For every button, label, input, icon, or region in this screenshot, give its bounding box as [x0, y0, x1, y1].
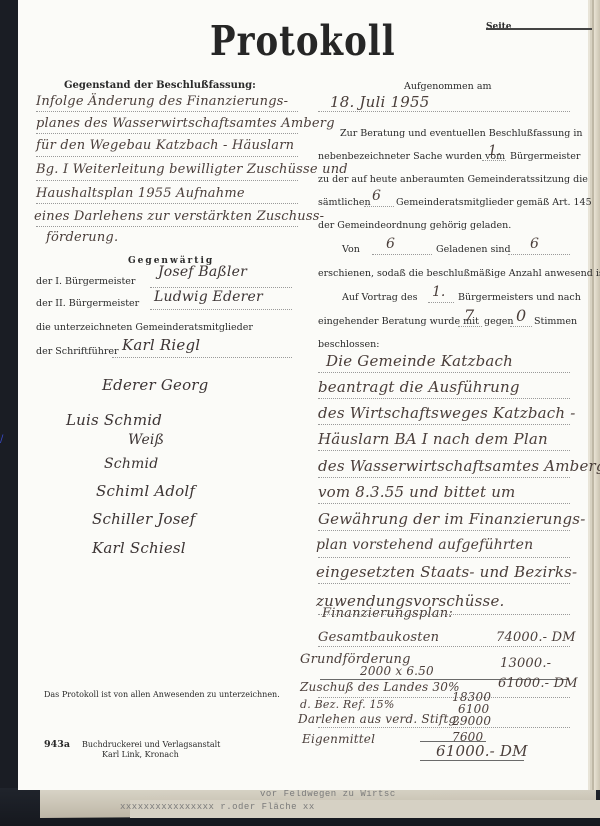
- dotted-rule: [112, 357, 292, 358]
- resolution-line: vom 8.3.55 und bittet um: [318, 483, 515, 501]
- mayor1-label: der I. Bürgermeister: [36, 276, 135, 287]
- vote-label-c: Stimmen: [534, 316, 577, 327]
- page-label: Seite: [486, 22, 512, 32]
- para1-line2-b: Bürgermeister: [510, 151, 580, 162]
- para1-line3: zu der auf heute anberaumten Gemeinderat…: [318, 174, 588, 185]
- quorum-line: erschienen, sodaß die beschlußmäßige Anz…: [318, 268, 600, 279]
- finance-final-total: 61000.- DM: [436, 742, 528, 760]
- dotted-rule: [36, 180, 298, 181]
- mayor2-label: der II. Bürgermeister: [36, 298, 139, 309]
- report-label-b: Bürgermeisters und nach: [458, 292, 581, 303]
- para1-line2-a: nebenbezeichneter Sache wurden vom: [318, 151, 505, 162]
- secretary-label: der Schriftführer: [36, 346, 119, 357]
- invited-label-b: Geladenen sind: [436, 244, 511, 255]
- para1-line4-a: sämtlichen: [318, 197, 371, 208]
- printer-location: Karl Link, Kronach: [102, 750, 179, 759]
- council-signature: Schiml Adolf: [96, 482, 195, 500]
- dotted-rule: [510, 326, 532, 327]
- finance-loan-label: Darlehen aus verd. Stiftg.: [298, 712, 460, 726]
- dotted-rule: [318, 477, 570, 478]
- dotted-rule: [428, 302, 454, 303]
- invited-count: 6: [386, 236, 395, 252]
- dotted-rule: [318, 111, 570, 112]
- finance-heading: Finanzierungsplan:: [322, 606, 453, 621]
- recorded-label: Aufgenommen am: [404, 81, 492, 92]
- finance-total-label: Gesamtbaukosten: [318, 630, 439, 645]
- council-signature: Luis Schmid: [66, 411, 162, 429]
- council-label: die unterzeichneten Gemeinderatsmitglied…: [36, 322, 253, 333]
- resolution-line: Gewährung der im Finanzierungs-: [318, 510, 585, 528]
- council-signature: Ederer Georg: [102, 376, 208, 394]
- present-count: 6: [530, 236, 539, 252]
- para1-line5: der Gemeindeordnung gehörig geladen.: [318, 220, 511, 231]
- dotted-rule: [372, 254, 432, 255]
- finance-subtotal: 61000.- DM: [498, 676, 578, 691]
- underlying-typed-line-1: vor Feldwegen zu Wirtsc: [260, 789, 396, 799]
- dotted-rule: [318, 372, 570, 373]
- form-number: 943a: [44, 739, 70, 750]
- resolution-line: plan vorstehend aufgeführten: [316, 537, 533, 553]
- finance-total-value: 74000.- DM: [496, 630, 576, 645]
- underlying-typed-line-2: xxxxxxxxxxxxxxxx r.oder Fläche xx: [120, 802, 315, 812]
- dotted-rule: [318, 503, 570, 504]
- page-edge-stack: [588, 0, 600, 790]
- total-underline: [420, 760, 524, 761]
- dotted-rule: [482, 160, 506, 161]
- subject-line: Bg. I Weiterleitung bewilligter Zuschüss…: [36, 162, 348, 177]
- members-count: 6: [372, 188, 381, 204]
- finance-grant-value: 13000.-: [500, 656, 551, 671]
- page-number-field: Seite: [486, 14, 592, 32]
- dotted-rule: [508, 254, 570, 255]
- subject-line: förderung.: [46, 230, 118, 245]
- council-signature: Schmid: [104, 456, 158, 472]
- dotted-rule: [36, 226, 298, 227]
- dotted-rule: [318, 424, 570, 425]
- finance-state-label: Zuschuß des Landes 30%: [300, 680, 460, 694]
- invited-label-a: Von: [342, 244, 360, 255]
- resolution-line: Die Gemeinde Katzbach: [326, 352, 513, 370]
- blue-ink-mark: /: [0, 434, 4, 456]
- dotted-rule: [318, 583, 570, 584]
- resolution-line: beantragt die Ausführung: [318, 378, 520, 396]
- finance-own-label: Eigenmittel: [302, 732, 375, 746]
- dotted-rule: [150, 287, 292, 288]
- dotted-rule: [364, 206, 394, 207]
- subject-line: Haushaltsplan 1955 Aufnahme: [36, 186, 245, 201]
- votes-for: 7: [464, 306, 474, 325]
- finance-district-label: d. Bez. Ref. 15%: [300, 698, 395, 711]
- mayor2-signature: Ludwig Ederer: [154, 289, 263, 305]
- dotted-rule: [36, 203, 298, 204]
- votes-against: 0: [516, 306, 526, 325]
- report-label-a: Auf Vortrag des: [342, 292, 417, 303]
- council-signature: Schiller Josef: [92, 510, 196, 528]
- subject-line: planes des Wasserwirtschaftsamtes Amberg: [36, 116, 335, 131]
- dotted-rule: [318, 450, 570, 451]
- resolution-line: eingesetzten Staats- und Bezirks-: [316, 563, 577, 581]
- dotted-rule: [318, 398, 570, 399]
- subject-line: eines Darlehens zur verstärkten Zuschuss…: [34, 209, 324, 224]
- dotted-rule: [318, 727, 570, 728]
- dotted-rule: [318, 557, 570, 558]
- subject-line: Infolge Änderung des Finanzierungs-: [36, 94, 288, 109]
- para1-line4-b: Gemeinderatsmitglieder gemäß Art. 145: [396, 197, 592, 208]
- reporting-mayor-number: 1.: [432, 284, 445, 300]
- resolution-line: des Wirtschaftsweges Katzbach -: [318, 404, 575, 422]
- resolution-line: des Wasserwirtschaftsamtes Amberg: [318, 457, 600, 475]
- footer-instruction: Das Protokoll ist von allen Anwesenden z…: [44, 690, 280, 699]
- council-signature: Karl Schiesl: [92, 539, 186, 557]
- finance-loan-value: 29000: [452, 714, 491, 728]
- resolution-line: Häuslarn BA I nach dem Plan: [318, 430, 548, 448]
- convening-mayor-number: 1.: [488, 143, 501, 159]
- finance-grant-calc: 2000 x 6.50: [360, 664, 434, 678]
- recorded-date: 18. Juli 1955: [330, 93, 429, 111]
- dotted-rule: [458, 326, 482, 327]
- printer-name: Buchdruckerei und Verlagsanstalt: [82, 740, 220, 749]
- dotted-rule: [36, 156, 298, 157]
- header-rule: [486, 28, 592, 30]
- dotted-rule: [318, 530, 570, 531]
- dotted-rule: [36, 133, 298, 134]
- dotted-rule: [36, 111, 298, 112]
- secretary-signature: Karl Riegl: [122, 336, 200, 354]
- dotted-rule: [318, 646, 570, 647]
- subject-heading: Gegenstand der Beschlußfassung:: [64, 80, 256, 91]
- dotted-rule: [150, 309, 292, 310]
- resolved-label: beschlossen:: [318, 339, 379, 350]
- vote-label-a: eingehender Beratung wurde mit: [318, 316, 479, 327]
- subject-line: für den Wegebau Katzbach - Häuslarn: [36, 138, 294, 153]
- mayor1-signature: Josef Baßler: [158, 264, 247, 280]
- page-title: Protokoll: [210, 18, 390, 66]
- para1-line1: Zur Beratung und eventuellen Beschlußfas…: [340, 128, 583, 139]
- council-signature: Weiß: [128, 432, 164, 448]
